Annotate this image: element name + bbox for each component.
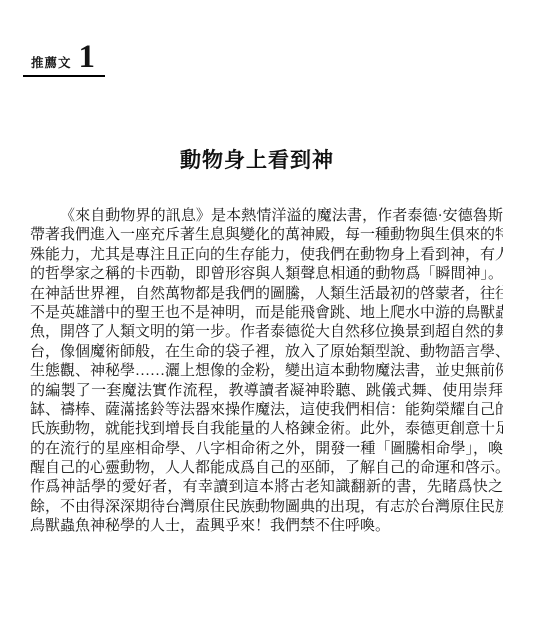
body-line-16: 餘，不由得深深期待台灣原住民族動物圖典的出現，有志於台灣原住民族	[30, 498, 503, 517]
book-page: 推薦文 1 動物身上看到神 《來自動物界的訊息》是本熱情洋溢的魔法書，作者泰德·…	[0, 0, 534, 621]
body-line-7: 魚，開啓了人類文明的第一步。作者泰德從大自然移位換景到超自然的舞	[30, 323, 503, 342]
section-number: 1	[79, 42, 96, 72]
body-line-4: 的哲學家之稱的卡西勒，即曾形容與人類聲息相通的動物爲「瞬間神」。	[30, 265, 503, 284]
body-line-12: 氏族動物，就能找到增長自我能量的人格鍊金術。此外，泰德更創意十足	[30, 420, 503, 439]
body-line-14: 醒自己的心靈動物，人人都能成爲自己的巫師，了解自己的命運和啓示。	[30, 459, 503, 478]
body-line-11: 缽、禱棒、薩滿搖鈴等法器來操作魔法，這使我們相信：能夠榮耀自己的	[30, 401, 503, 420]
body-line-13: 的在流行的星座相命學、八字相命術之外，開發一種「圖騰相命學」，喚	[30, 440, 503, 459]
body-text: 《來自動物界的訊息》是本熱情洋溢的魔法書，作者泰德·安德魯斯 帶著我們進入一座充…	[30, 207, 503, 537]
body-line-2: 帶著我們進入一座充斥著生息與變化的萬神殿，每一種動物與生俱來的特	[30, 226, 503, 245]
body-line-10: 的編製了一套魔法實作流程，教導讀者凝神聆聽、跳儀式舞、使用崇拜	[30, 382, 503, 401]
section-header: 推薦文 1	[23, 42, 105, 77]
section-label: 推薦文	[23, 53, 72, 71]
body-line-15: 作爲神話學的愛好者，有幸讀到這本將古老知識翻新的書，先睹爲快之	[30, 478, 503, 497]
body-line-1: 《來自動物界的訊息》是本熱情洋溢的魔法書，作者泰德·安德魯斯	[30, 207, 503, 226]
body-line-9: 生態觀、神秘學……灑上想像的金粉，變出這本動物魔法書，並史無前例	[30, 362, 503, 381]
body-line-6: 不是英雄譜中的聖王也不是神明，而是能飛會跳、地上爬水中游的鳥獸蟲	[30, 304, 503, 323]
page-title: 動物身上看到神	[0, 144, 524, 174]
body-line-5: 在神話世界裡，自然萬物都是我們的圖騰，人類生活最初的啓蒙者，往往	[30, 285, 503, 304]
body-line-17: 鳥獸蟲魚神秘學的人士，盍興乎來！我們禁不住呼喚。	[30, 517, 503, 536]
body-line-3: 殊能力，尤其是專注且正向的生存能力，使我們在動物身上看到神，有人	[30, 246, 503, 265]
body-line-8: 台，像個魔術師般，在生命的袋子裡，放入了原始類型說、動物語言學、	[30, 343, 503, 362]
